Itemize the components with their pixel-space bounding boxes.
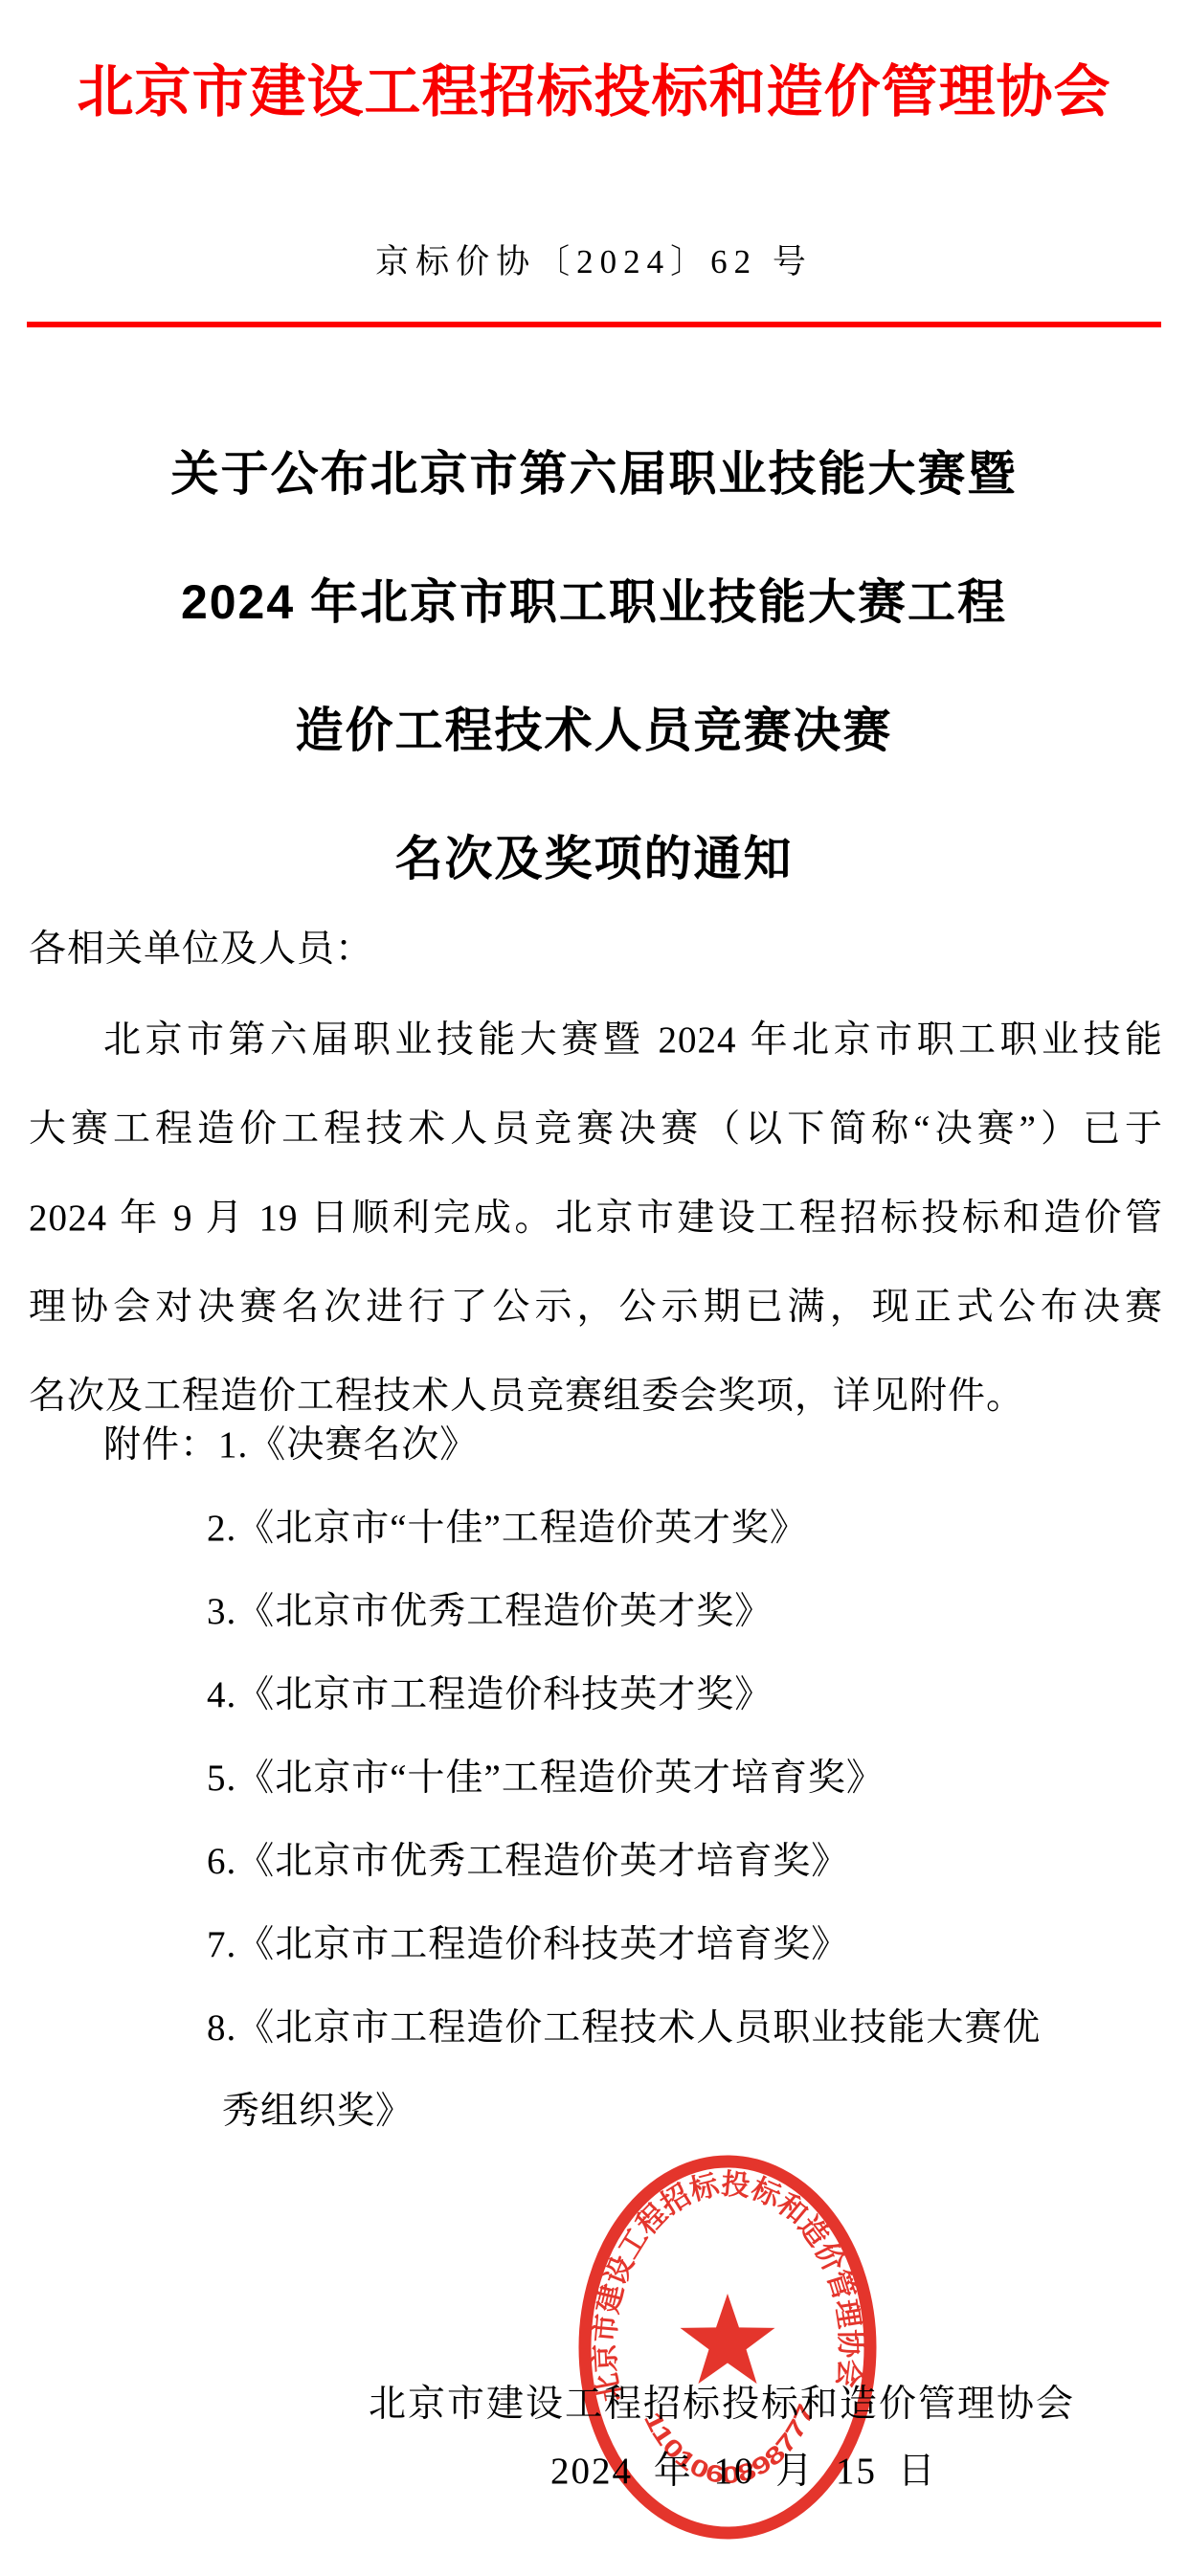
- attachment-line: 4.《北京市工程造价科技英才奖》: [29, 1653, 1163, 1736]
- attachment-line: 5.《北京市“十佳”工程造价英才培育奖》: [29, 1736, 1163, 1820]
- signature-org: 北京市建设工程招标投标和造价管理协会: [369, 2374, 1075, 2428]
- title-line: 2024 年北京市职工职业技能大赛工程: [0, 538, 1188, 666]
- title-line: 造价工程技术人员竞赛决赛: [0, 666, 1188, 795]
- signature-date: 2024 年 10 月 15 日: [550, 2441, 937, 2495]
- seal-star-icon: [681, 2294, 775, 2384]
- paragraph-line: 理协会对决赛名次进行了公示，公示期已满，现正式公布决赛: [29, 1263, 1163, 1352]
- document-page: 北京市建设工程招标投标和造价管理协会 京标价协〔2024〕62 号 关于公布北京…: [0, 0, 1188, 2576]
- body-paragraph: 北京市第六届职业技能大赛暨 2024 年北京市职工职业技能大赛工程造价工程技术人…: [29, 996, 1163, 1441]
- document-title: 关于公布北京市第六届职业技能大赛暨2024 年北京市职工职业技能大赛工程造价工程…: [0, 410, 1188, 923]
- attachment-line: 3.《北京市优秀工程造价英才奖》: [29, 1570, 1163, 1653]
- attachment-list: 附件：1.《决赛名次》2.《北京市“十佳”工程造价英才奖》3.《北京市优秀工程造…: [29, 1403, 1163, 2153]
- attachment-line: 附件：1.《决赛名次》: [29, 1403, 1163, 1487]
- salutation: 各相关单位及人员：: [29, 925, 373, 974]
- attachment-line: 7.《北京市工程造价科技英才培育奖》: [29, 1903, 1163, 1986]
- attachment-line: 2.《北京市“十佳”工程造价英才奖》: [29, 1487, 1163, 1570]
- org-title: 北京市建设工程招标投标和造价管理协会: [0, 46, 1188, 127]
- paragraph-line: 北京市第六届职业技能大赛暨 2024 年北京市职工职业技能: [29, 996, 1163, 1085]
- attachment-line: 8.《北京市工程造价工程技术人员职业技能大赛优: [29, 1986, 1163, 2070]
- seal-ring-text: 北京市建设工程招标投标和造价管理协会: [589, 2168, 866, 2405]
- paragraph-line: 2024 年 9 月 19 日顺利完成。北京市建设工程招标投标和造价管: [29, 1174, 1163, 1263]
- doc-number: 京标价协〔2024〕62 号: [0, 235, 1188, 283]
- red-divider-rule: [27, 322, 1161, 327]
- paragraph-line: 大赛工程造价工程技术人员竞赛决赛（以下简称“决赛”）已于: [29, 1085, 1163, 1174]
- attachment-line: 6.《北京市优秀工程造价英才培育奖》: [29, 1820, 1163, 1903]
- attachment-line: 秀组织奖》: [29, 2070, 1163, 2153]
- title-line: 名次及奖项的通知: [0, 795, 1188, 923]
- title-line: 关于公布北京市第六届职业技能大赛暨: [0, 410, 1188, 538]
